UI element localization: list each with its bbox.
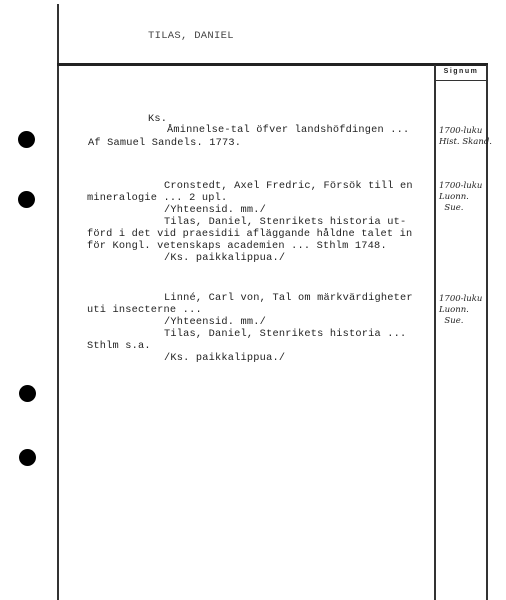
entry-3-line: /Ks. paikkalippua./: [164, 352, 285, 364]
signum-entry-3: 1700-lukuLuonn. Sue.: [439, 294, 482, 327]
card-heading: TILAS, DANIEL: [148, 30, 234, 42]
entry-2-line: Cronstedt, Axel Fredric, Försök till en: [164, 180, 413, 192]
card-left-border: [57, 4, 59, 600]
punch-hole-icon: [18, 131, 35, 148]
entry-2-line: /Ks. paikkalippua./: [164, 252, 285, 264]
signum-line: 1700-luku: [439, 294, 482, 304]
signum-line: Sue.: [444, 316, 463, 326]
signum-entry-2: 1700-lukuLuonn. Sue.: [439, 181, 482, 214]
entry-3-line: Linné, Carl von, Tal om märkvärdigheter: [164, 292, 413, 304]
entry-2-line: mineralogie ... 2 upl.: [87, 192, 227, 204]
punch-hole-icon: [18, 191, 35, 208]
signum-column-left-border: [434, 65, 436, 600]
signum-line: Hist. Skand.: [439, 137, 492, 147]
heading-divider: [57, 63, 488, 66]
entry-3-line: uti insecterne ...: [87, 304, 202, 316]
entry-3-line: /Yhteensid. mm./: [164, 316, 266, 328]
signum-header-divider: [434, 80, 487, 81]
signum-line: 1700-luku: [439, 181, 482, 191]
entry-1-line: Af Samuel Sandels. 1773.: [88, 137, 241, 149]
signum-line: Sue.: [444, 203, 463, 213]
entry-3-line: Sthlm s.a.: [87, 340, 151, 352]
entry-3-line: Tilas, Daniel, Stenrikets historia ...: [164, 328, 406, 340]
signum-line: Luonn.: [439, 192, 469, 202]
entry-1-line: Ks.: [148, 113, 167, 125]
signum-line: 1700-luku: [439, 126, 482, 136]
punch-hole-icon: [19, 385, 36, 402]
signum-column-label: Signum: [435, 68, 487, 75]
entry-2-line: Tilas, Daniel, Stenrikets historia ut-: [164, 216, 406, 228]
signum-entry-1: 1700-lukuHist. Skand.: [439, 126, 492, 148]
signum-line: Luonn.: [439, 305, 469, 315]
entry-2-line: förd i det vid praesidii afläggande håld…: [87, 228, 412, 240]
entry-1-line: Åminnelse-tal öfver landshöfdingen ...: [167, 124, 409, 136]
entry-2-line: /Yhteensid. mm./: [164, 204, 266, 216]
entry-2-line: för Kongl. vetenskaps academien ... Sthl…: [87, 240, 387, 252]
punch-hole-icon: [19, 449, 36, 466]
